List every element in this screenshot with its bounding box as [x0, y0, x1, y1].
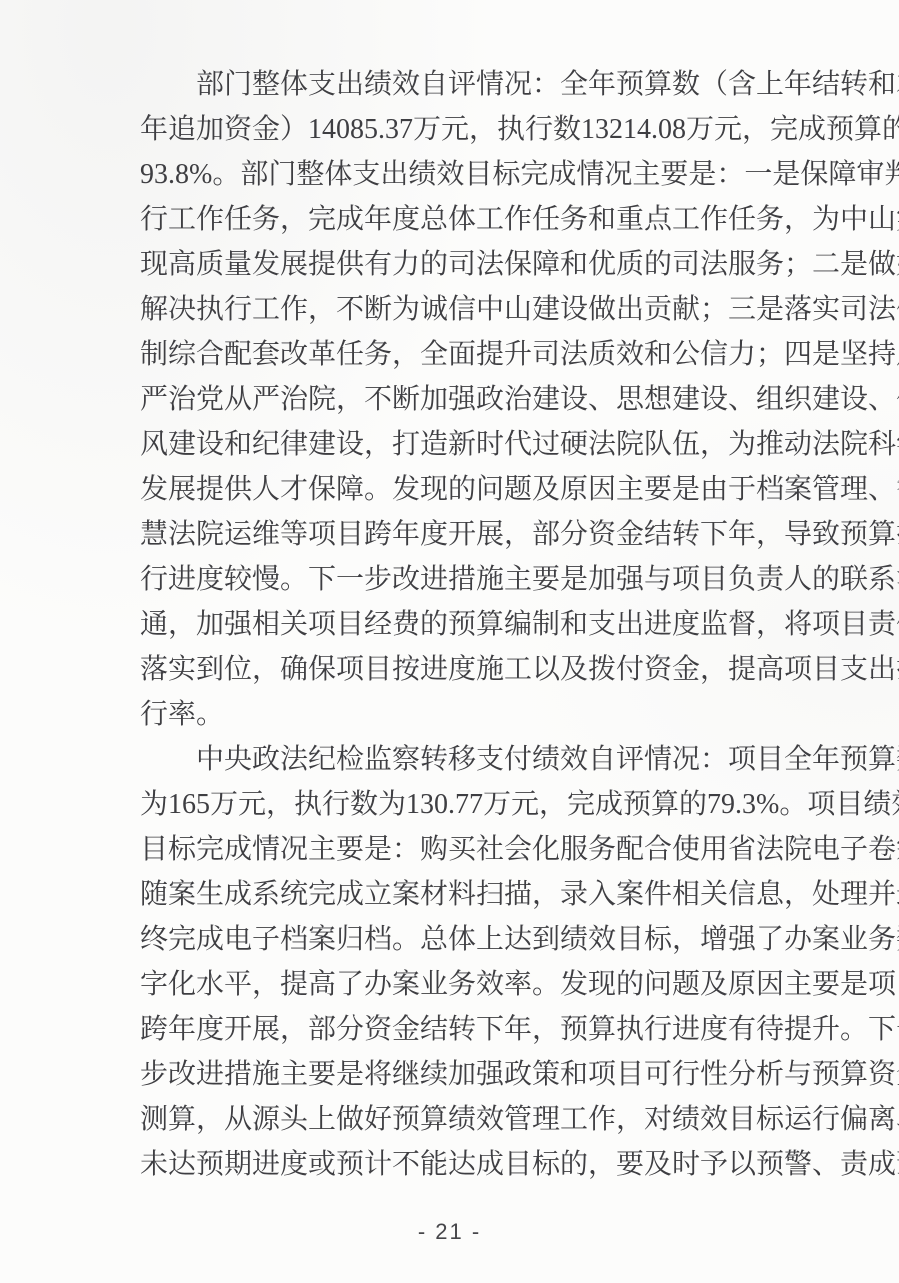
text-line: 落实到位，确保项目按进度施工以及拨付资金，提高项目支出执	[140, 647, 790, 692]
text-line: 测算，从源头上做好预算绩效管理工作，对绩效目标运行偏离、	[140, 1097, 790, 1142]
document-page: 部门整体支出绩效自评情况：全年预算数（含上年结转和本 年追加资金）14085.3…	[0, 0, 899, 1283]
text-line: 随案生成系统完成立案材料扫描，录入案件相关信息，处理并最	[140, 872, 790, 917]
text-line: 终完成电子档案归档。总体上达到绩效目标，增强了办案业务数	[140, 917, 790, 962]
text-line: 行工作任务，完成年度总体工作任务和重点工作任务，为中山实	[140, 197, 790, 242]
text-line: 年追加资金）14085.37万元，执行数13214.08万元，完成预算的	[140, 107, 790, 152]
text-line: 行率。	[140, 692, 790, 737]
text-line: 发展提供人才保障。发现的问题及原因主要是由于档案管理、智	[140, 467, 790, 512]
document-body: 部门整体支出绩效自评情况：全年预算数（含上年结转和本 年追加资金）14085.3…	[140, 62, 790, 1187]
text-line: 现高质量发展提供有力的司法保障和优质的司法服务；二是做好	[140, 242, 790, 287]
text-line: 中央政法纪检监察转移支付绩效自评情况：项目全年预算数	[140, 737, 790, 782]
text-line: 字化水平，提高了办案业务效率。发现的问题及原因主要是项目	[140, 962, 790, 1007]
text-line: 步改进措施主要是将继续加强政策和项目可行性分析与预算资金	[140, 1052, 790, 1097]
text-line: 严治党从严治院，不断加强政治建设、思想建设、组织建设、作	[140, 377, 790, 422]
text-line: 解决执行工作，不断为诚信中山建设做出贡献；三是落实司法体	[140, 287, 790, 332]
text-line: 未达预期进度或预计不能达成目标的，要及时予以预警、责成预	[140, 1142, 790, 1187]
text-line: 制综合配套改革任务，全面提升司法质效和公信力；四是坚持从	[140, 332, 790, 377]
text-line: 部门整体支出绩效自评情况：全年预算数（含上年结转和本	[140, 62, 790, 107]
text-line: 慧法院运维等项目跨年度开展，部分资金结转下年，导致预算执	[140, 512, 790, 557]
text-line: 跨年度开展，部分资金结转下年，预算执行进度有待提升。下一	[140, 1007, 790, 1052]
text-line: 目标完成情况主要是：购买社会化服务配合使用省法院电子卷宗	[140, 827, 790, 872]
page-number: - 21 -	[0, 1212, 899, 1252]
text-line: 风建设和纪律建设，打造新时代过硬法院队伍，为推动法院科学	[140, 422, 790, 467]
text-line: 行进度较慢。下一步改进措施主要是加强与项目负责人的联系沟	[140, 557, 790, 602]
text-line: 通，加强相关项目经费的预算编制和支出进度监督，将项目责任	[140, 602, 790, 647]
text-line: 为165万元，执行数为130.77万元，完成预算的79.3%。项目绩效	[140, 782, 790, 827]
text-line: 93.8%。部门整体支出绩效目标完成情况主要是：一是保障审判执	[140, 152, 790, 197]
